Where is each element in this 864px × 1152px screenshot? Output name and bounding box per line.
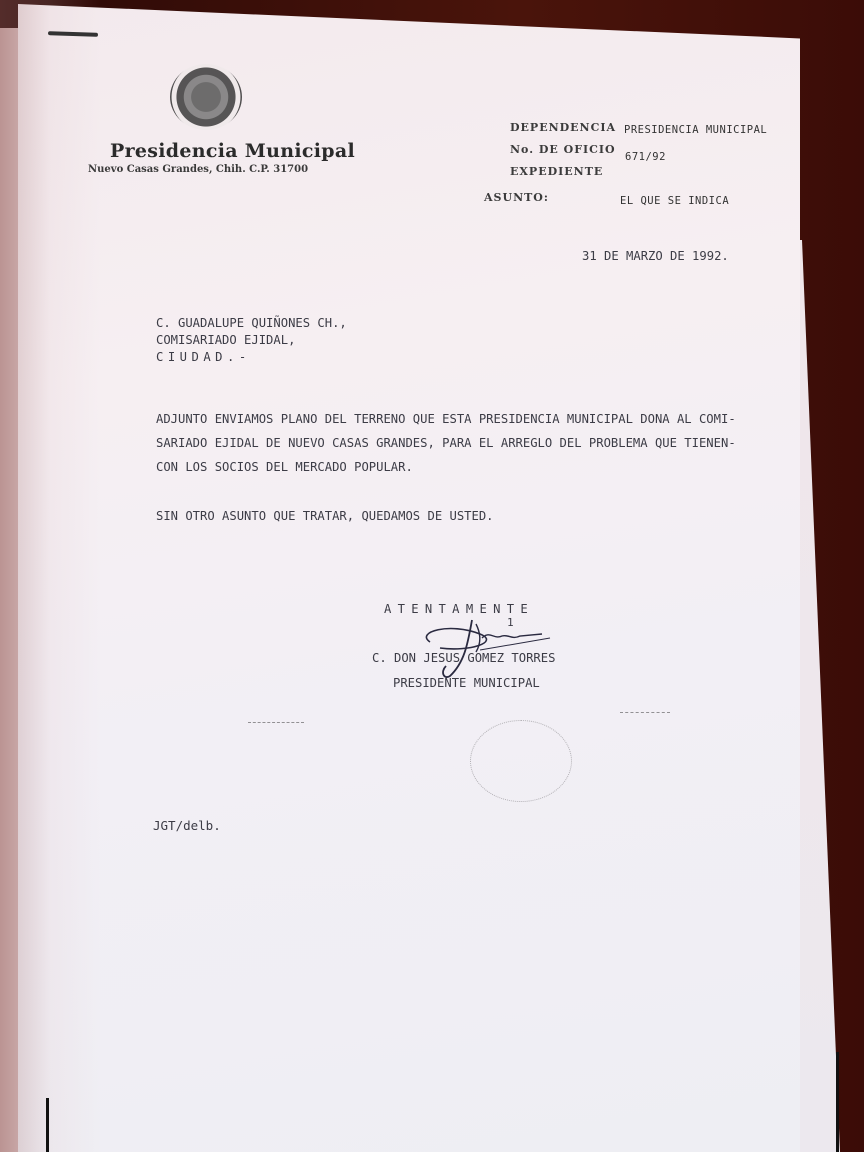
recipient-city: CIUDAD.- (156, 350, 251, 364)
official-stamp-icon (470, 720, 572, 802)
letter-date: 31 DE MARZO DE 1992. (582, 249, 729, 263)
reference-initials: JGT/delb. (153, 818, 221, 833)
page-corner-mark-right (836, 1052, 839, 1152)
dependencia-value: PRESIDENCIA MUNICIPAL (624, 124, 767, 136)
coat-of-arms-icon (170, 64, 242, 130)
body-line: SARIADO EJIDAL DE NUEVO CASAS GRANDES, P… (156, 436, 736, 450)
page-corner-mark-left (46, 1098, 49, 1152)
letterhead-address: Nuevo Casas Grandes, Chih. C.P. 31700 (88, 164, 308, 175)
recipient-name: C. GUADALUPE QUIÑONES CH., (156, 316, 347, 330)
asunto-value: EL QUE SE INDICA (620, 195, 729, 207)
recipient-position: COMISARIADO EJIDAL, (156, 333, 295, 347)
signer-title: PRESIDENTE MUNICIPAL (393, 676, 540, 690)
oficio-value: 671/92 (625, 151, 666, 163)
body-line: CON LOS SOCIOS DEL MERCADO POPULAR. (156, 460, 413, 474)
asunto-label: ASUNTO: (484, 191, 549, 204)
expediente-label: EXPEDIENTE (510, 165, 603, 178)
letterhead-title: Presidencia Municipal (110, 140, 355, 162)
signer-name: C. DON JESUS GOMEZ TORRES (372, 651, 555, 665)
salutation: ATENTAMENTE (384, 602, 534, 616)
letter-page (18, 4, 800, 1152)
closing-remark: SIN OTRO ASUNTO QUE TRATAR, QUEDAMOS DE … (156, 509, 494, 523)
faint-mark (248, 722, 304, 724)
signature-mark: 1 (507, 616, 514, 629)
faint-mark (620, 712, 670, 714)
body-line: ADJUNTO ENVIAMOS PLANO DEL TERRENO QUE E… (156, 412, 736, 426)
dependencia-label: DEPENDENCIA (510, 121, 616, 134)
oficio-label: No. DE OFICIO (510, 143, 616, 156)
